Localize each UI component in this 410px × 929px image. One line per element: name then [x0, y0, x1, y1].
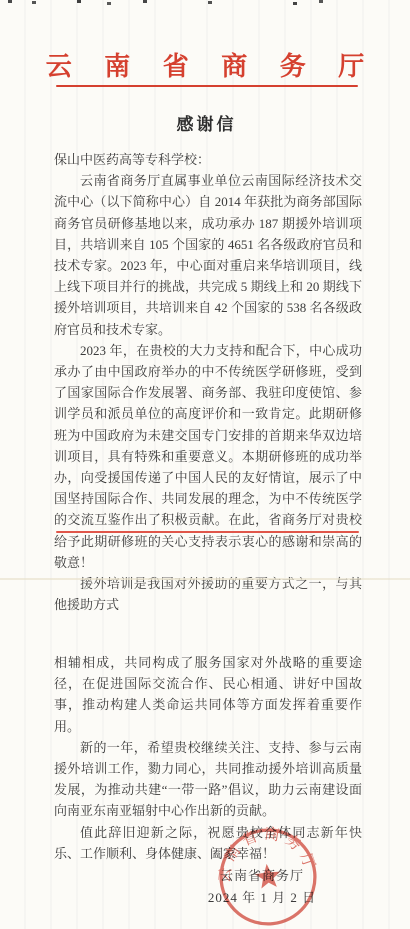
- page-seam: [0, 578, 410, 580]
- scan-artifacts: [8, 0, 12, 3]
- paragraph-3-continued: 相辅相成，共同构成了服务国家对外战略的重要途径，在促进国际交流合作、民心相通、讲…: [54, 652, 362, 737]
- letterhead-org-title: 云 南 省 商 务 厅: [0, 46, 410, 83]
- letter-body-page2: 相辅相成，共同构成了服务国家对外战略的重要途径，在促进国际交流合作、民心相通、讲…: [54, 652, 362, 864]
- seal-star-icon: [254, 862, 282, 888]
- paragraph-2: 2023 年，在贵校的大力支持和配合下，中心成功承办了由中国政府举办的中不传统医…: [54, 340, 362, 573]
- scanned-letter-page: 云 南 省 商 务 厅 感谢信 保山中医药高等专科学校： 云南省商务厅直属事业单…: [0, 0, 410, 929]
- paragraph-1: 云南省商务厅直属事业单位云南国际经济技术交流中心（以下简称中心）自 2014 年…: [54, 170, 362, 340]
- recipient-line: 保山中医药高等专科学校：: [54, 149, 362, 170]
- paragraph-4: 新的一年，希望贵校继续关注、支持、参与云南援外培训工作，勠力同心，共同推动援外培…: [54, 737, 362, 822]
- official-seal: 云南省商务厅: [212, 821, 324, 929]
- letterhead-rule: [56, 85, 358, 87]
- page1-footer-rule: [56, 531, 359, 533]
- letter-title: 感谢信: [0, 110, 410, 135]
- letter-body-page1: 保山中医药高等专科学校： 云南省商务厅直属事业单位云南国际经济技术交流中心（以下…: [54, 149, 362, 615]
